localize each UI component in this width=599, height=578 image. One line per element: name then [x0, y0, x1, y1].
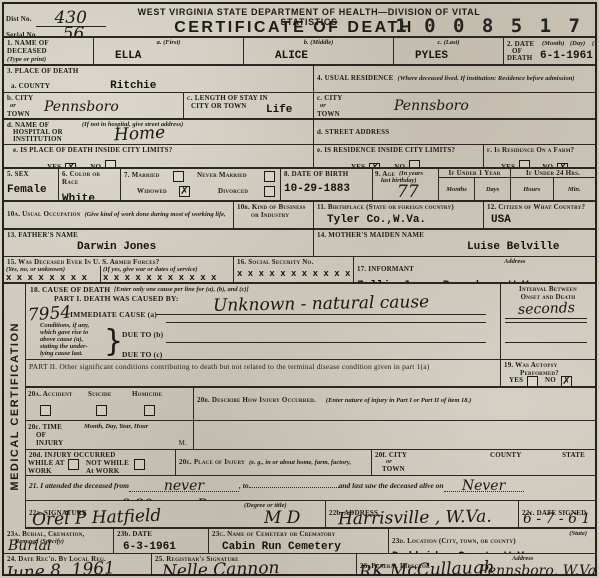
- suicide-label: Suicide: [88, 390, 111, 398]
- injury-state-label: STATE: [562, 451, 585, 459]
- street-address-label: d. STREET ADDRESS: [317, 128, 389, 136]
- time-of-injury-hint: Month, Day, Year, Hour: [84, 423, 148, 430]
- burial-value: Burial: [8, 539, 51, 553]
- name-label: NAME OF DECEASED: [7, 39, 49, 55]
- divorced-checkbox: [264, 186, 275, 197]
- cause-hint: [Enter only one cause per line for (a), …: [114, 286, 249, 293]
- certificate-number-stamp: 1 0 0 8 5 1 7: [395, 15, 583, 36]
- last-alive-value: Never: [462, 478, 505, 494]
- funeral-director-address-label: Address: [512, 555, 533, 562]
- divorced-label: Divorced: [218, 187, 248, 195]
- pod-limits-no-checkbox: [105, 160, 116, 167]
- days-label: Days: [486, 186, 499, 193]
- funeral-director-address-value: Pennsboro, W.Va.: [479, 564, 595, 574]
- name-row: 1. NAME OF DECEASED (Type or print) a. (…: [4, 38, 595, 66]
- degree-value: M D: [264, 510, 300, 527]
- under-1-year-label: If Under 1 Year: [439, 169, 510, 178]
- signature-value: Orel P Hatfield: [32, 508, 162, 527]
- never-married-label: Never Married: [197, 171, 247, 179]
- pod-county-label: a. COUNTY: [11, 82, 50, 90]
- burial-date-value: 6-3-1961: [123, 541, 205, 553]
- autopsy-label: 19. Was Autopsy: [504, 361, 592, 369]
- ur-limits-no-checkbox: [409, 160, 420, 167]
- due-to-c-label: DUE TO (c): [122, 350, 162, 359]
- attended-text-2: , to: [239, 481, 249, 490]
- usual-residence-hint: (Where deceased lived. If institution: R…: [398, 75, 575, 82]
- medical-certification-section: MEDICAL CERTIFICATION 18. CAUSE OF DEATH…: [4, 284, 595, 529]
- age-value: 77: [397, 184, 419, 200]
- autopsy-yes-checkbox: [527, 376, 538, 386]
- service-row: 15. Was Deceased Ever In U. S. Armed For…: [4, 257, 595, 284]
- middle-name-value: ALICE: [275, 50, 390, 62]
- registrar-row: 24. Date Rec'd. By Local Reg. June 8, 19…: [4, 554, 595, 574]
- place-of-injury-label: 20e. Place of Injury: [179, 458, 245, 466]
- interval-value: seconds: [517, 301, 574, 317]
- name-label-hint: (Type or print): [7, 56, 90, 63]
- sex-label: 5. SEX: [7, 170, 55, 178]
- homicide-checkbox: [144, 405, 155, 416]
- months-label: Months: [446, 186, 467, 193]
- interval-label: Interval Between: [504, 285, 592, 293]
- citizen-label: 12. Citizen of What Country?: [487, 203, 592, 211]
- father-label: 13. FATHER'S NAME: [7, 231, 310, 239]
- cemetery-label: 23c. Name of Cemetery or Crematory: [212, 530, 385, 538]
- medical-certification-label: MEDICAL CERTIFICATION: [9, 322, 21, 491]
- location-state-label: (State): [569, 530, 587, 537]
- dod-day-label: (Day): [570, 40, 585, 47]
- first-name-label: a. (First): [97, 39, 240, 46]
- birthplace-value: Tyler Co.,W.Va.: [327, 214, 480, 226]
- death-ampm-value: P: [197, 497, 206, 500]
- serial-no-value: 56: [63, 24, 85, 36]
- mother-label: 14. MOTHER'S MAIDEN NAME: [317, 231, 592, 239]
- informant-value: Zellie Jones,Pennsboro,W.Va.: [357, 280, 592, 282]
- attended-from-value: never: [164, 478, 204, 494]
- suicide-checkbox: [96, 405, 107, 416]
- conditions-brace: }: [104, 324, 123, 359]
- header-row: Dist No. 430 Serial No. 56 WEST VIRGINIA…: [4, 4, 595, 38]
- injury-county-label: COUNTY: [490, 451, 522, 459]
- widowed-label: Widowed: [137, 187, 167, 195]
- sex-value: Female: [7, 184, 55, 196]
- location-label: 23d. Location (City, town, or county): [392, 537, 516, 545]
- informant-address-label: Address: [504, 258, 525, 265]
- meridiem-label: M.: [179, 439, 187, 447]
- attended-text-3: and last saw the deceased alive on: [339, 481, 444, 490]
- occupation-label: 10a. Usual Occupation: [7, 210, 80, 218]
- due-to-b-label: DUE TO (b): [122, 330, 163, 339]
- armed-forces-value1: x x x x x x x x: [6, 274, 98, 282]
- while-at-work-checkbox: [68, 459, 79, 470]
- first-name-value: ELLA: [115, 50, 240, 62]
- accident-row: 20a. Accident Suicide Homicide 20b. Desc…: [26, 388, 595, 421]
- funeral-director-value: RK McCullaugh: [359, 560, 495, 574]
- farm-no-checkbox: ✗: [557, 163, 568, 167]
- min-label: Min.: [568, 186, 581, 193]
- ur-city-value: Pennsboro: [394, 99, 469, 113]
- time-of-injury-row: 20c. TIME OF INJURY Month, Day, Year, Ho…: [26, 421, 595, 450]
- occupation-row: 10a. Usual Occupation (Give kind of work…: [4, 202, 595, 230]
- ur-limits-label: e. IS RESIDENCE INSIDE CITY LIMITS?: [317, 146, 480, 154]
- last-name-label: c. (Last): [397, 39, 500, 46]
- informant-label: 17. INFORMANT: [357, 265, 414, 273]
- not-while-at-work-checkbox: [134, 459, 145, 470]
- serial-no: Serial No. 56: [6, 24, 106, 36]
- cause-of-death-row: 18. CAUSE OF DEATH [Enter only one cause…: [26, 284, 595, 360]
- farm-label: f. Is Residence On a Farm?: [487, 146, 592, 154]
- hospital-row: d. NAME OF HOSPITAL OR INSTITUTION (If n…: [4, 120, 595, 145]
- race-label: 6. Color or Race: [62, 170, 117, 187]
- ssn-label: 16. Social Security No.: [237, 258, 350, 266]
- date-signed-value: 6 - 7 - 6 1: [523, 512, 590, 526]
- middle-name-label: b. (Middle): [247, 39, 390, 46]
- accident-label: 20a. Accident: [28, 390, 72, 398]
- cemetery-value: Cabin Run Cemetery: [222, 541, 385, 553]
- dod-value: 6-1-1961: [540, 50, 593, 62]
- registrar-signature-value: Nelle Cannon: [162, 560, 280, 574]
- date-received-value: June 8, 1961: [6, 560, 116, 574]
- parents-row: 13. FATHER'S NAME Darwin Jones 14. MOTHE…: [4, 230, 595, 257]
- describe-injury-hint: (Enter nature of injury in Part I or Par…: [326, 397, 471, 404]
- part2-row: PART II. Other significant conditions co…: [26, 360, 595, 388]
- attended-text-1: 21. I attended the deceased from: [29, 481, 129, 490]
- stay-value: Life: [266, 104, 292, 116]
- location-value: Doddridge County,W.Va.: [392, 551, 592, 553]
- accident-checkbox: [40, 405, 51, 416]
- county-row: 3. PLACE OF DEATH a. COUNTY Ritchie 4. U…: [4, 66, 595, 93]
- place-of-death-title: 3. PLACE OF DEATH: [7, 67, 310, 75]
- armed-forces-label: 15. Was Deceased Ever In U. S. Armed For…: [4, 257, 233, 266]
- death-time-value: 8:30: [121, 497, 152, 500]
- disposition-row: 23a. Burial, Cremation, Removal (Specify…: [4, 529, 595, 554]
- last-name-value: PYLES: [415, 50, 500, 62]
- immediate-cause-value: Unknown - natural cause: [213, 294, 429, 315]
- medical-certification-sidebar: MEDICAL CERTIFICATION: [4, 284, 26, 529]
- race-value: White: [62, 193, 117, 200]
- serial-no-label: Serial No.: [6, 31, 38, 36]
- form-title: CERTIFICATE OF DEATH: [154, 19, 434, 36]
- father-value: Darwin Jones: [77, 241, 310, 253]
- dod-year-label: (Year): [592, 40, 595, 47]
- name-label-no: 1.: [7, 39, 13, 47]
- describe-injury-label: 20b. Describe How Injury Occurred.: [197, 396, 316, 404]
- death-certificate-scan: Dist No. 430 Serial No. 56 WEST VIRGINIA…: [0, 0, 599, 578]
- immediate-cause-label: IMMEDIATE CAUSE (a): [70, 310, 157, 319]
- signature-row: 22a. SIGNATURE (Degree or title) Orel P …: [26, 501, 595, 529]
- dob-label: 8. DATE OF BIRTH: [284, 170, 369, 178]
- ur-limits-yes-checkbox: ✗: [369, 163, 380, 167]
- under-24-hrs-label: If Under 24 Hrs.: [511, 169, 595, 178]
- business-label: 10b. Kind of Business: [237, 203, 310, 211]
- certificate-sheet: Dist No. 430 Serial No. 56 WEST VIRGINIA…: [2, 2, 597, 576]
- hours-label: Hours: [523, 186, 540, 193]
- ssn-value: x x x x x x x x x x x: [237, 270, 350, 280]
- dod-month-label: (Month): [542, 40, 564, 47]
- stay-label: c. LENGTH OF STAY IN: [187, 94, 310, 102]
- widowed-checkbox: ✗: [179, 186, 190, 197]
- pod-limits-label: e. IS PLACE OF DEATH INSIDE CITY LIMITS?: [13, 146, 310, 154]
- part2-text: PART II. Other significant conditions co…: [29, 361, 497, 372]
- pod-limits-yes-checkbox: ✗: [65, 163, 76, 167]
- injury-place-row: 20d. INJURY OCCURRED WHILE AT NOT WHILE …: [26, 450, 595, 476]
- limits-row: e. IS PLACE OF DEATH INSIDE CITY LIMITS?…: [4, 145, 595, 169]
- sex-row: 5. SEX Female 6. Color or Race White 7. …: [4, 169, 595, 202]
- attended-row: 21. I attended the deceased fromnever, t…: [26, 476, 595, 501]
- city-row: b. CITY or TOWN Pennsboro c. LENGTH OF S…: [4, 93, 595, 120]
- homicide-label: Homicide: [132, 390, 162, 398]
- mother-value: Luise Belville: [467, 241, 592, 253]
- cause-label: 18. CAUSE OF DEATH: [30, 285, 110, 294]
- dob-value: 10-29-1883: [284, 183, 369, 195]
- dist-no-label: Dist No.: [6, 15, 32, 23]
- birthplace-label: 11. Birthplace (State or foreign country…: [317, 203, 480, 211]
- armed-forces-value2: x x x x x x x x x x x: [103, 274, 231, 282]
- certifier-address-value: Harrisville , W.Va.: [338, 509, 492, 527]
- citizen-value: USA: [491, 214, 592, 226]
- pod-city-value: Pennsboro: [44, 100, 119, 114]
- autopsy-no-checkbox: ✗: [561, 376, 572, 386]
- pod-county-value: Ritchie: [110, 80, 156, 92]
- married-label: 7. Married: [124, 171, 159, 179]
- farm-yes-checkbox: [519, 160, 530, 167]
- burial-date-label: 23b. DATE: [117, 530, 205, 538]
- never-married-checkbox: [264, 171, 275, 182]
- married-checkbox: [173, 171, 184, 182]
- usual-residence-title: 4. USUAL RESIDENCE: [317, 74, 394, 82]
- hospital-value: Home: [114, 125, 166, 144]
